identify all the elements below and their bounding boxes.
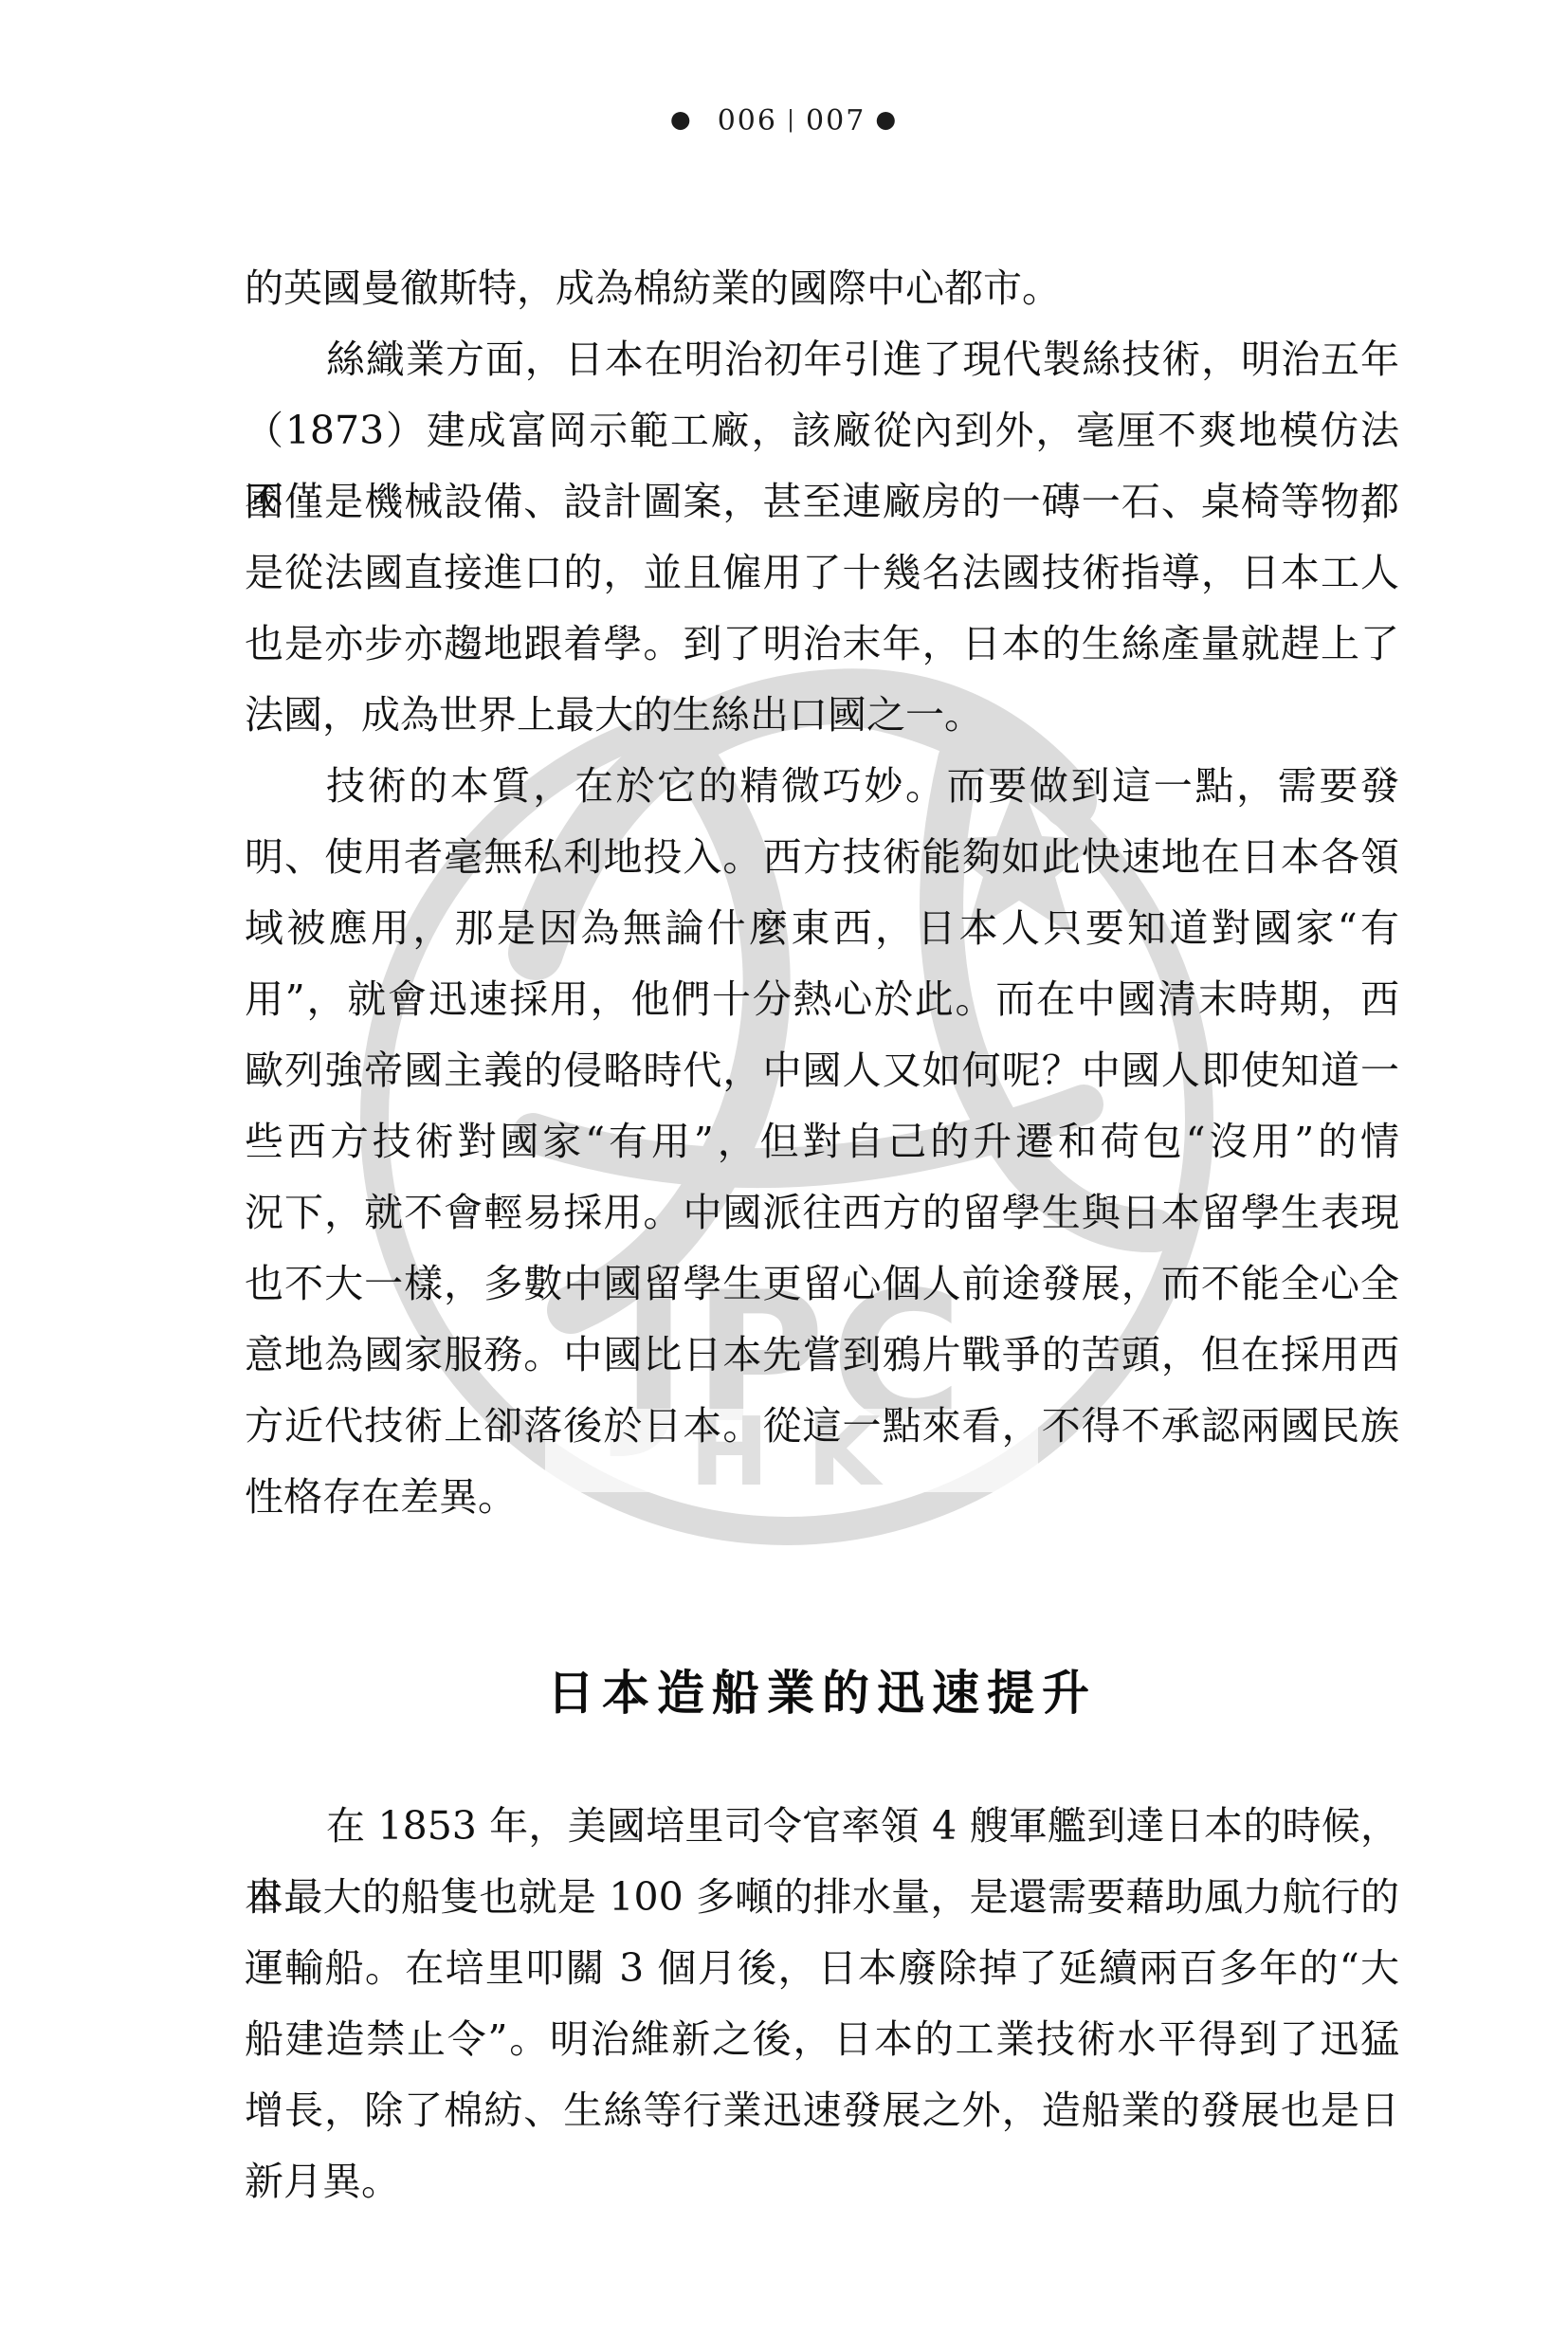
header-divider: | [787, 106, 796, 133]
header-bullet-right: ● [875, 105, 898, 133]
text-line: 是從法國直接進口的，並且僱用了十幾名法國技術指導，日本工人 [245, 538, 1399, 609]
text-line: 絲織業方面，日本在明治初年引進了現代製絲技術，明治五年 [245, 324, 1399, 395]
text-line: 增長，除了棉紡、生絲等行業迅速發展之外，造船業的發展也是日 [245, 2075, 1399, 2146]
text-line: 技術的本質，在於它的精微巧妙。而要做到這一點，需要發 [245, 751, 1399, 822]
text-line: 域被應用，那是因為無論什麼東西，日本人只要知道對國家“有 [245, 893, 1399, 964]
text-line: 船建造禁止令”。明治維新之後，日本的工業技術水平得到了迅猛 [245, 2004, 1399, 2075]
text-line: 歐列強帝國主義的侵略時代，中國人又如何呢？中國人即使知道一 [245, 1035, 1399, 1106]
header-page-number-right: 007 [806, 104, 866, 137]
text-column-1: 的英國曼徹斯特，成為棉紡業的國際中心都市。絲織業方面，日本在明治初年引進了現代製… [245, 253, 1399, 1533]
header-page-number-left: 006 [718, 104, 777, 137]
text-line: 性格存在差異。 [245, 1462, 1399, 1533]
text-line: 不僅是機械設備、設計圖案，甚至連廠房的一磚一石、桌椅等物都 [245, 466, 1399, 538]
text-column-2: 在 1853 年，美國培里司令官率領 4 艘軍艦到達日本的時候，日本最大的船隻也… [245, 1791, 1399, 2217]
text-line: 法國，成為世界上最大的生絲出口國之一。 [245, 680, 1399, 751]
text-line: 明、使用者毫無私利地投入。西方技術能夠如此快速地在日本各領 [245, 822, 1399, 893]
text-line: 也是亦步亦趨地跟着學。到了明治末年，日本的生絲產量就趕上了 [245, 609, 1399, 680]
text-line: 況下，就不會輕易採用。中國派往西方的留學生與日本留學生表現 [245, 1177, 1399, 1249]
text-line: 的英國曼徹斯特，成為棉紡業的國際中心都市。 [245, 253, 1399, 324]
text-line: 用”，就會迅速採用，他們十分熱心於此。而在中國清末時期，西 [245, 964, 1399, 1035]
text-line: 在 1853 年，美國培里司令官率領 4 艘軍艦到達日本的時候，日 [245, 1791, 1399, 1862]
header-bullet-left: ● [670, 105, 693, 133]
text-line: 意地為國家服務。中國比日本先嘗到鴉片戰爭的苦頭，但在採用西 [245, 1320, 1399, 1391]
text-line: 些西方技術對國家“有用”，但對自己的升遷和荷包“沒用”的情 [245, 1106, 1399, 1177]
text-line: 方近代技術上卻落後於日本。從這一點來看，不得不承認兩國民族 [245, 1391, 1399, 1462]
page-header: ●006|007● [0, 104, 1568, 137]
text-line: 也不大一樣，多數中國留學生更留心個人前途發展，而不能全心全 [245, 1249, 1399, 1320]
text-line: 運輸船。在培里叩關 3 個月後，日本廢除掉了延續兩百多年的“大 [245, 1933, 1399, 2004]
text-line: 本最大的船隻也就是 100 多噸的排水量，是還需要藉助風力航行的 [245, 1862, 1399, 1933]
text-line: （1873）建成富岡示範工廠，該廠從內到外，毫厘不爽地模仿法國， [245, 395, 1399, 466]
text-line: 新月異。 [245, 2146, 1399, 2217]
book-page: JPC HK ●006|007● 的英國曼徹斯特，成為棉紡業的國際中心都市。絲織… [0, 0, 1568, 2352]
section-heading: 日本造船業的迅速提升 [245, 1657, 1399, 1728]
